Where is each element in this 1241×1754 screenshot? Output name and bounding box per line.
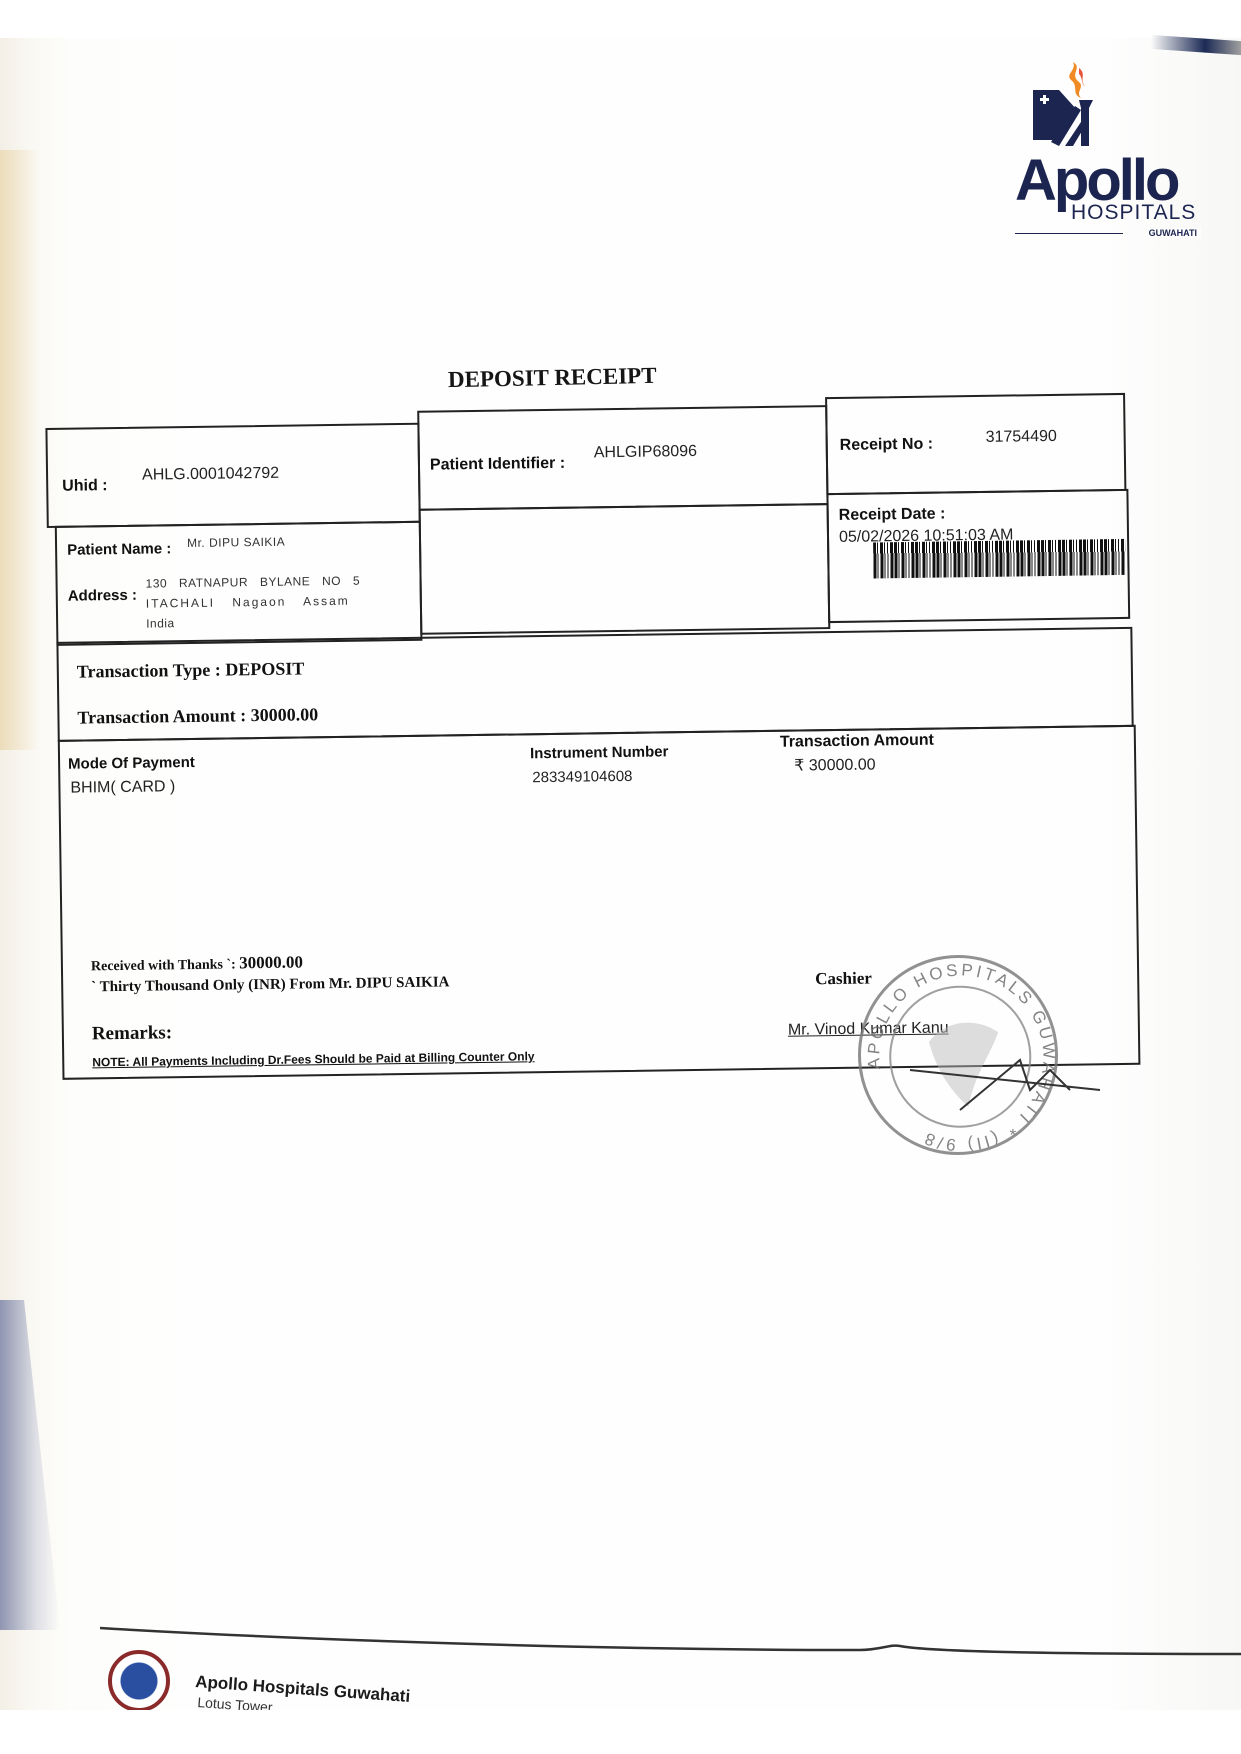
uhid-label: Uhid : [62,477,108,496]
apollo-emblem-icon [1029,60,1109,160]
apollo-logo: Apollo HOSPITALS GUWAHATI [1015,60,1205,240]
payment-mode-value: BHIM( CARD ) [70,778,175,797]
accreditation-logo-icon [108,1650,170,1712]
transaction-amount-value: 30000.00 [250,704,318,725]
uhid-value: AHLG.0001042792 [142,465,279,485]
cashier-signature-icon [900,1050,1140,1140]
document-title: DEPOSIT RECEIPT [448,363,657,393]
address-line-3: India [146,616,175,630]
billing-note: NOTE: All Payments Including Dr.Fees Sho… [92,1049,534,1069]
patient-identifier-label: Patient Identifier : [430,455,565,475]
transaction-amount-label: Transaction Amount : [77,705,246,727]
patient-details-cell: Patient Name : Mr. DIPU SAIKIA Address :… [55,521,423,646]
empty-cell [419,503,831,635]
uhid-cell: Uhid : AHLG.0001042792 [45,423,420,528]
page-edge-shadow [0,150,40,750]
logo-city: GUWAHATI [1015,228,1201,238]
address-label: Address : [68,587,137,605]
payment-amount: ₹ 30000.00 [794,754,876,775]
footer-divider [100,1620,1241,1660]
address-line-1: 130 RATNAPUR BYLANE NO 5 [146,574,361,591]
transaction-type: Transaction Type : DEPOSIT [77,658,305,682]
received-with-thanks: Received with Thanks `: 30000.00 [91,952,303,975]
transaction-type-label: Transaction Type : [77,660,221,682]
receipt-no-label: Receipt No : [840,436,934,455]
received-label: Received with Thanks `: [91,957,236,974]
logo-subtitle: HOSPITALS [1071,202,1196,223]
receipt-no-value: 31754490 [986,428,1057,447]
receipt-date-label: Receipt Date : [839,505,946,524]
receipt-no-cell: Receipt No : 31754490 [825,393,1126,495]
receipt-barcode [873,539,1125,579]
patient-identifier-value: AHLGIP68096 [594,443,697,462]
transaction-amount: Transaction Amount : 30000.00 [77,704,318,728]
patient-name-value: Mr. DIPU SAIKIA [187,535,285,550]
payment-amount-value: 30000.00 [809,756,876,774]
patient-name-label: Patient Name : [67,540,171,558]
column-header-instrument: Instrument Number [530,743,669,762]
page-bottom-margin [0,1710,1241,1754]
column-header-amount: Transaction Amount [780,732,934,752]
patient-identifier-cell: Patient Identifier : AHLGIP68096 [417,405,828,511]
remarks-label: Remarks: [92,1022,173,1045]
transaction-type-value: DEPOSIT [225,658,304,679]
received-amount: 30000.00 [239,952,303,972]
transaction-summary-cell: Transaction Type : DEPOSIT Transaction A… [56,627,1133,742]
rupee-icon: ₹ [794,757,804,774]
address-line-2: ITACHALI Nagaon Assam [146,594,350,611]
instrument-number-value: 283349104608 [532,768,632,786]
column-header-mode: Mode Of Payment [68,754,195,773]
amount-in-words: ` Thirty Thousand Only (INR) From Mr. DI… [91,974,449,996]
